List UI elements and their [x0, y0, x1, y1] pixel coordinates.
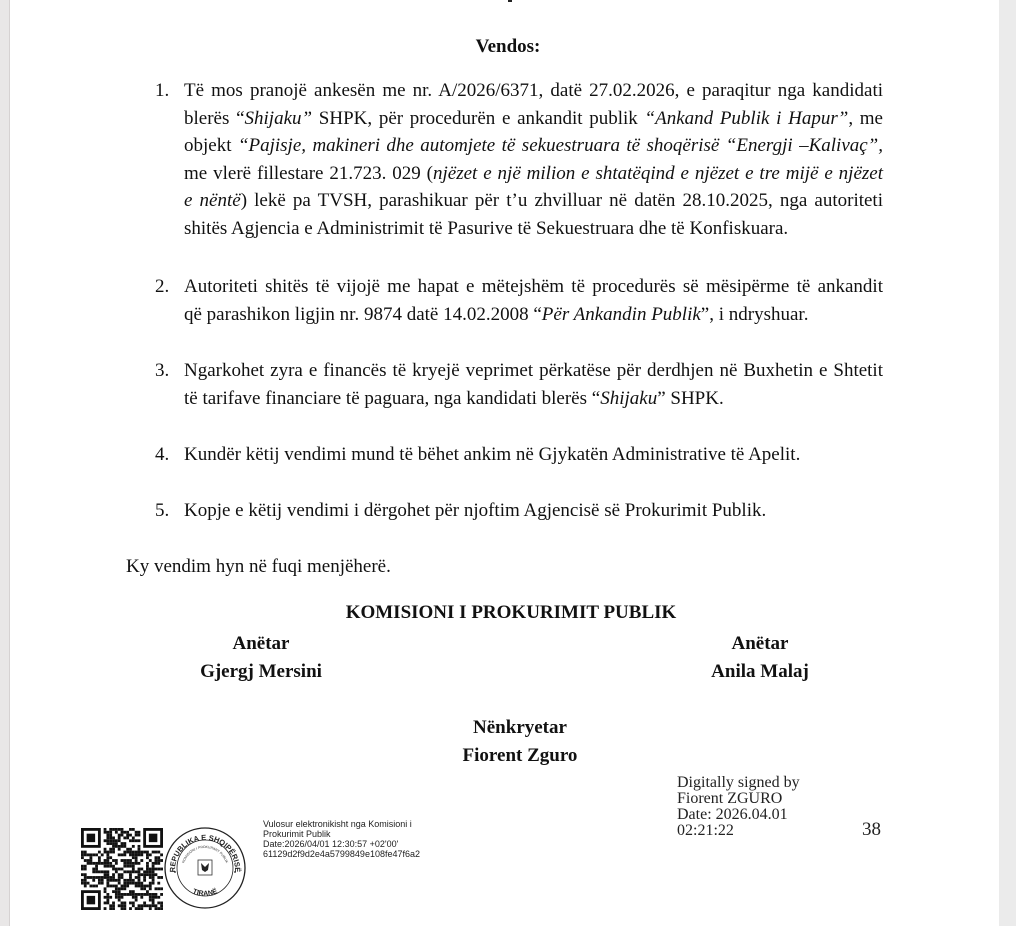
text-line: Të mos pranojë ankesën me nr. A/2026/637… [184, 77, 883, 105]
signatory-name: Gjergj Mersini [191, 658, 331, 686]
signatory-name: Fiorent Zguro [455, 742, 585, 770]
viewer-scrollbar-gutter[interactable] [999, 0, 1016, 926]
qr-code-icon [81, 828, 163, 910]
text-line: e nëntë) lekë pa TVSH, parashikuar për t… [184, 187, 883, 215]
decision-item-4: 4. Kundër këtij vendimi mund të bëhet an… [155, 441, 883, 469]
signatory-center: Nënkryetar Fiorent Zguro [455, 714, 585, 770]
page-number: 38 [862, 819, 881, 841]
signatory-role: Anëtar [191, 630, 331, 658]
signatory-name: Anila Malaj [695, 658, 825, 686]
decision-heading: Vendos: [0, 36, 1016, 58]
stamp-line: Date:2026/04/01 12:30:57 +02'00' [263, 839, 420, 849]
item-text: Kopje e këtij vendimi i dërgohet për njo… [184, 497, 883, 525]
digital-signature-block[interactable]: Digitally signed by Fiorent ZGURO Date: … [677, 775, 800, 839]
decision-item-2: 2. Autoriteti shitës të vijojë me hapat … [155, 273, 883, 328]
item-text: Të mos pranojë ankesën me nr. A/2026/637… [184, 77, 883, 242]
item-number: 4. [155, 441, 169, 469]
text-line: të tarifave financiare të paguara, nga k… [184, 385, 883, 413]
item-text: Kundër këtij vendimi mund të bëhet ankim… [184, 441, 883, 469]
stamp-line: Vulosur elektronikisht nga Komisioni i [263, 819, 420, 829]
stamp-line: 61129d2f9d2e4a5799849e108fe47f6a2 [263, 849, 420, 859]
decision-item-3: 3. Ngarkohet zyra e financës të kryejë v… [155, 357, 883, 412]
closing-statement: Ky vendim hyn në fuqi menjëherë. [126, 556, 391, 578]
signatory-role: Anëtar [695, 630, 825, 658]
item-number: 5. [155, 497, 169, 525]
text-line: Ngarkohet zyra e financës të kryejë vepr… [184, 357, 883, 385]
cut-off-glyph [508, 0, 512, 2]
item-text: Ngarkohet zyra e financës të kryejë vepr… [184, 357, 883, 412]
item-text: Autoriteti shitës të vijojë me hapat e m… [184, 273, 883, 328]
signatory-right: Anëtar Anila Malaj [695, 630, 825, 686]
stamp-line: Prokurimit Publik [263, 829, 420, 839]
text-line: shitës Agjencia e Administrimit të Pasur… [184, 215, 883, 243]
text-line: objekt “Pajisje, makineri dhe automjete … [184, 132, 883, 160]
text-line: Autoriteti shitës të vijojë me hapat e m… [184, 273, 883, 301]
official-seal-icon: REPUBLIKA E SHQIPËRISË KOMISIONI I PROKU… [163, 826, 247, 910]
commission-title: KOMISIONI I PROKURIMIT PUBLIK [0, 602, 1016, 624]
digital-signature-line: Fiorent ZGURO [677, 791, 800, 807]
digital-signature-line: 02:21:22 [677, 823, 800, 839]
electronic-stamp-info: Vulosur elektronikisht nga Komisioni i P… [263, 819, 420, 859]
digital-signature-line: Digitally signed by [677, 775, 800, 791]
signatory-left: Anëtar Gjergj Mersini [191, 630, 331, 686]
digital-signature-line: Date: 2026.04.01 [677, 807, 800, 823]
text-line: Kopje e këtij vendimi i dërgohet për njo… [184, 497, 883, 525]
text-line: blerës “Shijaku” SHPK, për procedurën e … [184, 105, 883, 133]
signatory-role: Nënkryetar [455, 714, 585, 742]
decision-item-1: 1. Të mos pranojë ankesën me nr. A/2026/… [155, 77, 883, 242]
item-number: 1. [155, 77, 169, 105]
item-number: 2. [155, 273, 169, 301]
item-number: 3. [155, 357, 169, 385]
decision-item-5: 5. Kopje e këtij vendimi i dërgohet për … [155, 497, 883, 525]
text-line: Kundër këtij vendimi mund të bëhet ankim… [184, 441, 883, 469]
text-line: që parashikon ligjin nr. 9874 datë 14.02… [184, 301, 883, 329]
text-line: me vlerë fillestare 21.723. 029 (njëzet … [184, 160, 883, 188]
